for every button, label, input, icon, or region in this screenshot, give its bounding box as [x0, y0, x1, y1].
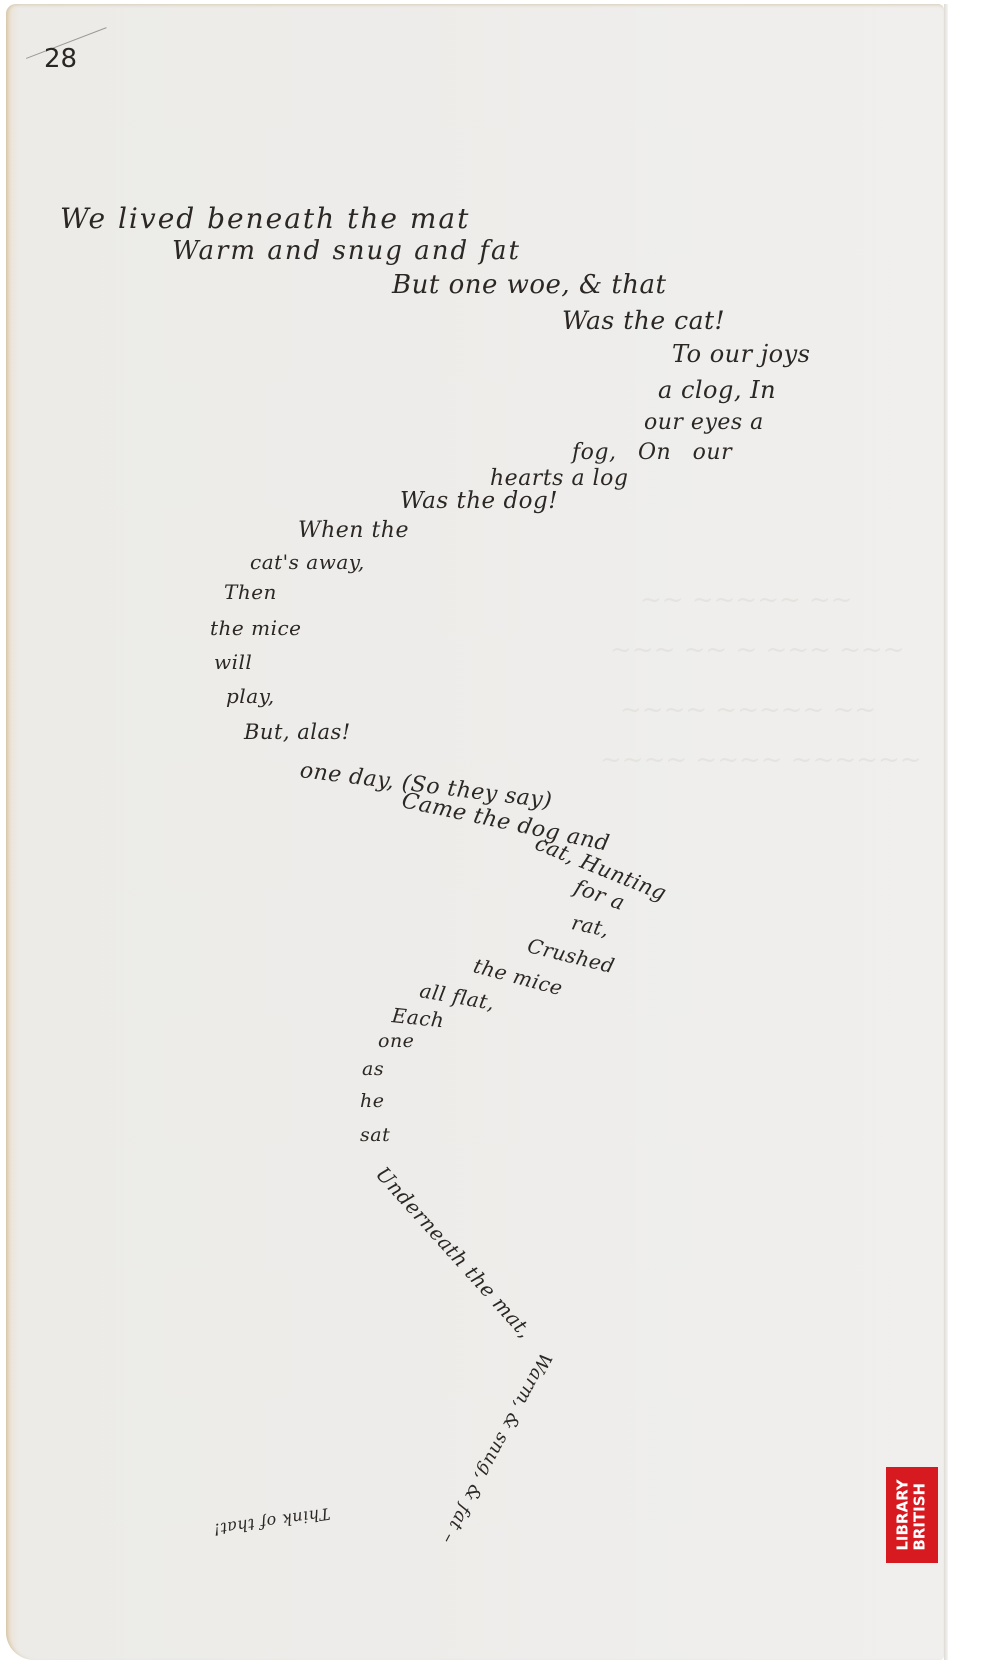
logo-text-library: LIBRARY — [895, 1479, 912, 1550]
page-edge — [944, 4, 948, 1660]
poem-line: he — [360, 1092, 384, 1111]
poem-line: Was the cat! — [562, 308, 725, 333]
poem-line: fog, On our — [572, 442, 732, 464]
poem-line: our eyes a — [644, 412, 764, 434]
page-number: 28 — [44, 44, 77, 74]
poem-line: To our joys — [672, 342, 811, 366]
show-through-text: ~~ ~~~~~ ~~ — [640, 585, 853, 615]
poem-line: will — [214, 652, 252, 672]
logo-text-british: BRITISH — [912, 1479, 929, 1550]
poem-line: Then — [224, 582, 277, 602]
poem-line: one — [378, 1032, 414, 1051]
poem-line: sat — [360, 1126, 390, 1145]
poem-line: as — [362, 1060, 384, 1079]
poem-line: a clog, In — [658, 378, 776, 402]
poem-line: But, alas! — [244, 722, 351, 743]
poem-line: But one woe, & that — [392, 272, 667, 298]
poem-line: the mice — [210, 618, 302, 638]
poem-line: hearts a log — [490, 468, 628, 490]
british-library-logo: LIBRARY BRITISH — [886, 1467, 938, 1563]
show-through-text: ~~~~ ~~~~~ ~~ — [620, 695, 876, 725]
poem-line: play, — [226, 686, 275, 706]
poem-line: We lived beneath the mat — [60, 205, 470, 233]
poem-line: Warm and snug and fat — [172, 238, 521, 264]
poem-line: When the — [298, 520, 409, 542]
poem-line: Each — [391, 1005, 445, 1030]
show-through-text: ~~~~ ~~~~ ~~~~~~ — [600, 745, 922, 775]
poem-line: cat's away, — [250, 552, 365, 572]
show-through-text: ~~~ ~~ ~ ~~~ ~~~ — [610, 635, 904, 665]
poem-line: Was the dog! — [400, 490, 558, 513]
